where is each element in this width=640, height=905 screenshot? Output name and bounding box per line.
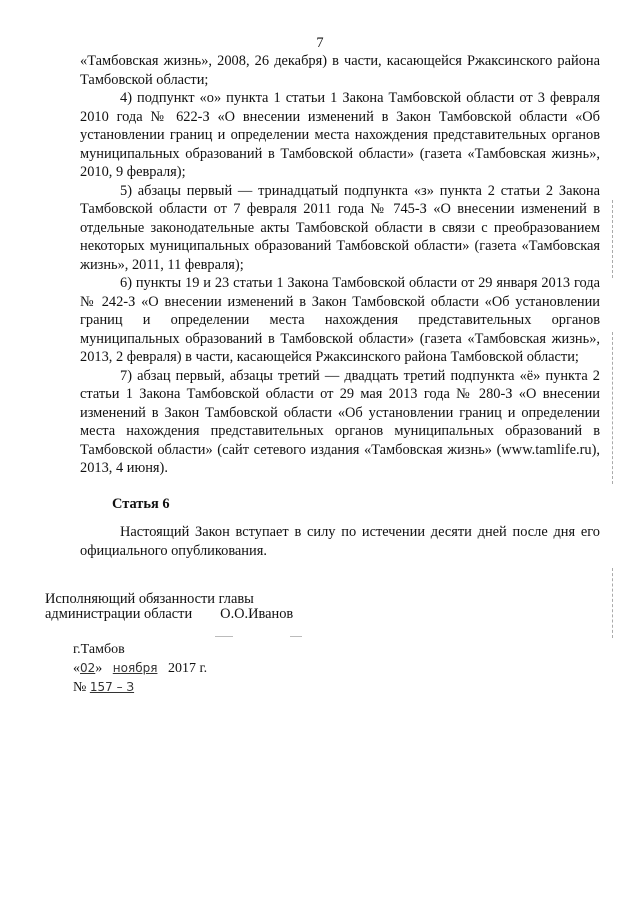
- scan-artifact: [215, 636, 233, 637]
- page-number: 7: [0, 34, 640, 53]
- number-line: № 157 – З: [73, 678, 207, 697]
- repealed-acts-list: «Тамбовская жизнь», 2008, 26 декабря) в …: [80, 52, 600, 478]
- document-page: 7 «Тамбовская жизнь», 2008, 26 декабря) …: [0, 0, 640, 905]
- quote-close: »: [95, 661, 102, 676]
- scan-margin-mark: [612, 568, 613, 638]
- date-line: «02» ноября 2017 г.: [73, 659, 207, 678]
- city: г.Тамбов: [73, 641, 207, 659]
- signatory-title-line1: Исполняющий обязанности главы: [45, 592, 293, 607]
- quote-open: «: [73, 661, 80, 676]
- paragraph-item-5: 5) абзацы первый — тринадцатый подпункта…: [80, 182, 600, 275]
- scan-margin-mark: [612, 332, 613, 484]
- paragraph-item-7: 7) абзац первый, абзацы третий — двадцат…: [80, 367, 600, 478]
- article-text: Настоящий Закон вступает в силу по истеч…: [80, 523, 600, 560]
- article-heading: Статья 6: [112, 495, 170, 514]
- date-year: 2017 г.: [168, 661, 207, 676]
- scan-artifact: [290, 636, 302, 637]
- signature-block: Исполняющий обязанности главы администра…: [45, 592, 293, 622]
- number-label: №: [73, 680, 86, 695]
- law-number: 157 – З: [90, 680, 134, 694]
- signatory-name: О.О.Иванов: [220, 606, 293, 622]
- scan-margin-mark: [612, 200, 613, 278]
- date-day: 02: [80, 661, 95, 675]
- signatory-title-line2: администрации областиО.О.Иванов: [45, 607, 293, 622]
- paragraph-continuation: «Тамбовская жизнь», 2008, 26 декабря) в …: [80, 52, 600, 89]
- place-date-block: г.Тамбов «02» ноября 2017 г. № 157 – З: [73, 641, 207, 697]
- date-month: ноября: [113, 661, 158, 675]
- signatory-org: администрации области: [45, 606, 192, 622]
- paragraph-item-4: 4) подпункт «о» пункта 1 статьи 1 Закона…: [80, 89, 600, 182]
- paragraph-item-6: 6) пункты 19 и 23 статьи 1 Закона Тамбов…: [80, 274, 600, 367]
